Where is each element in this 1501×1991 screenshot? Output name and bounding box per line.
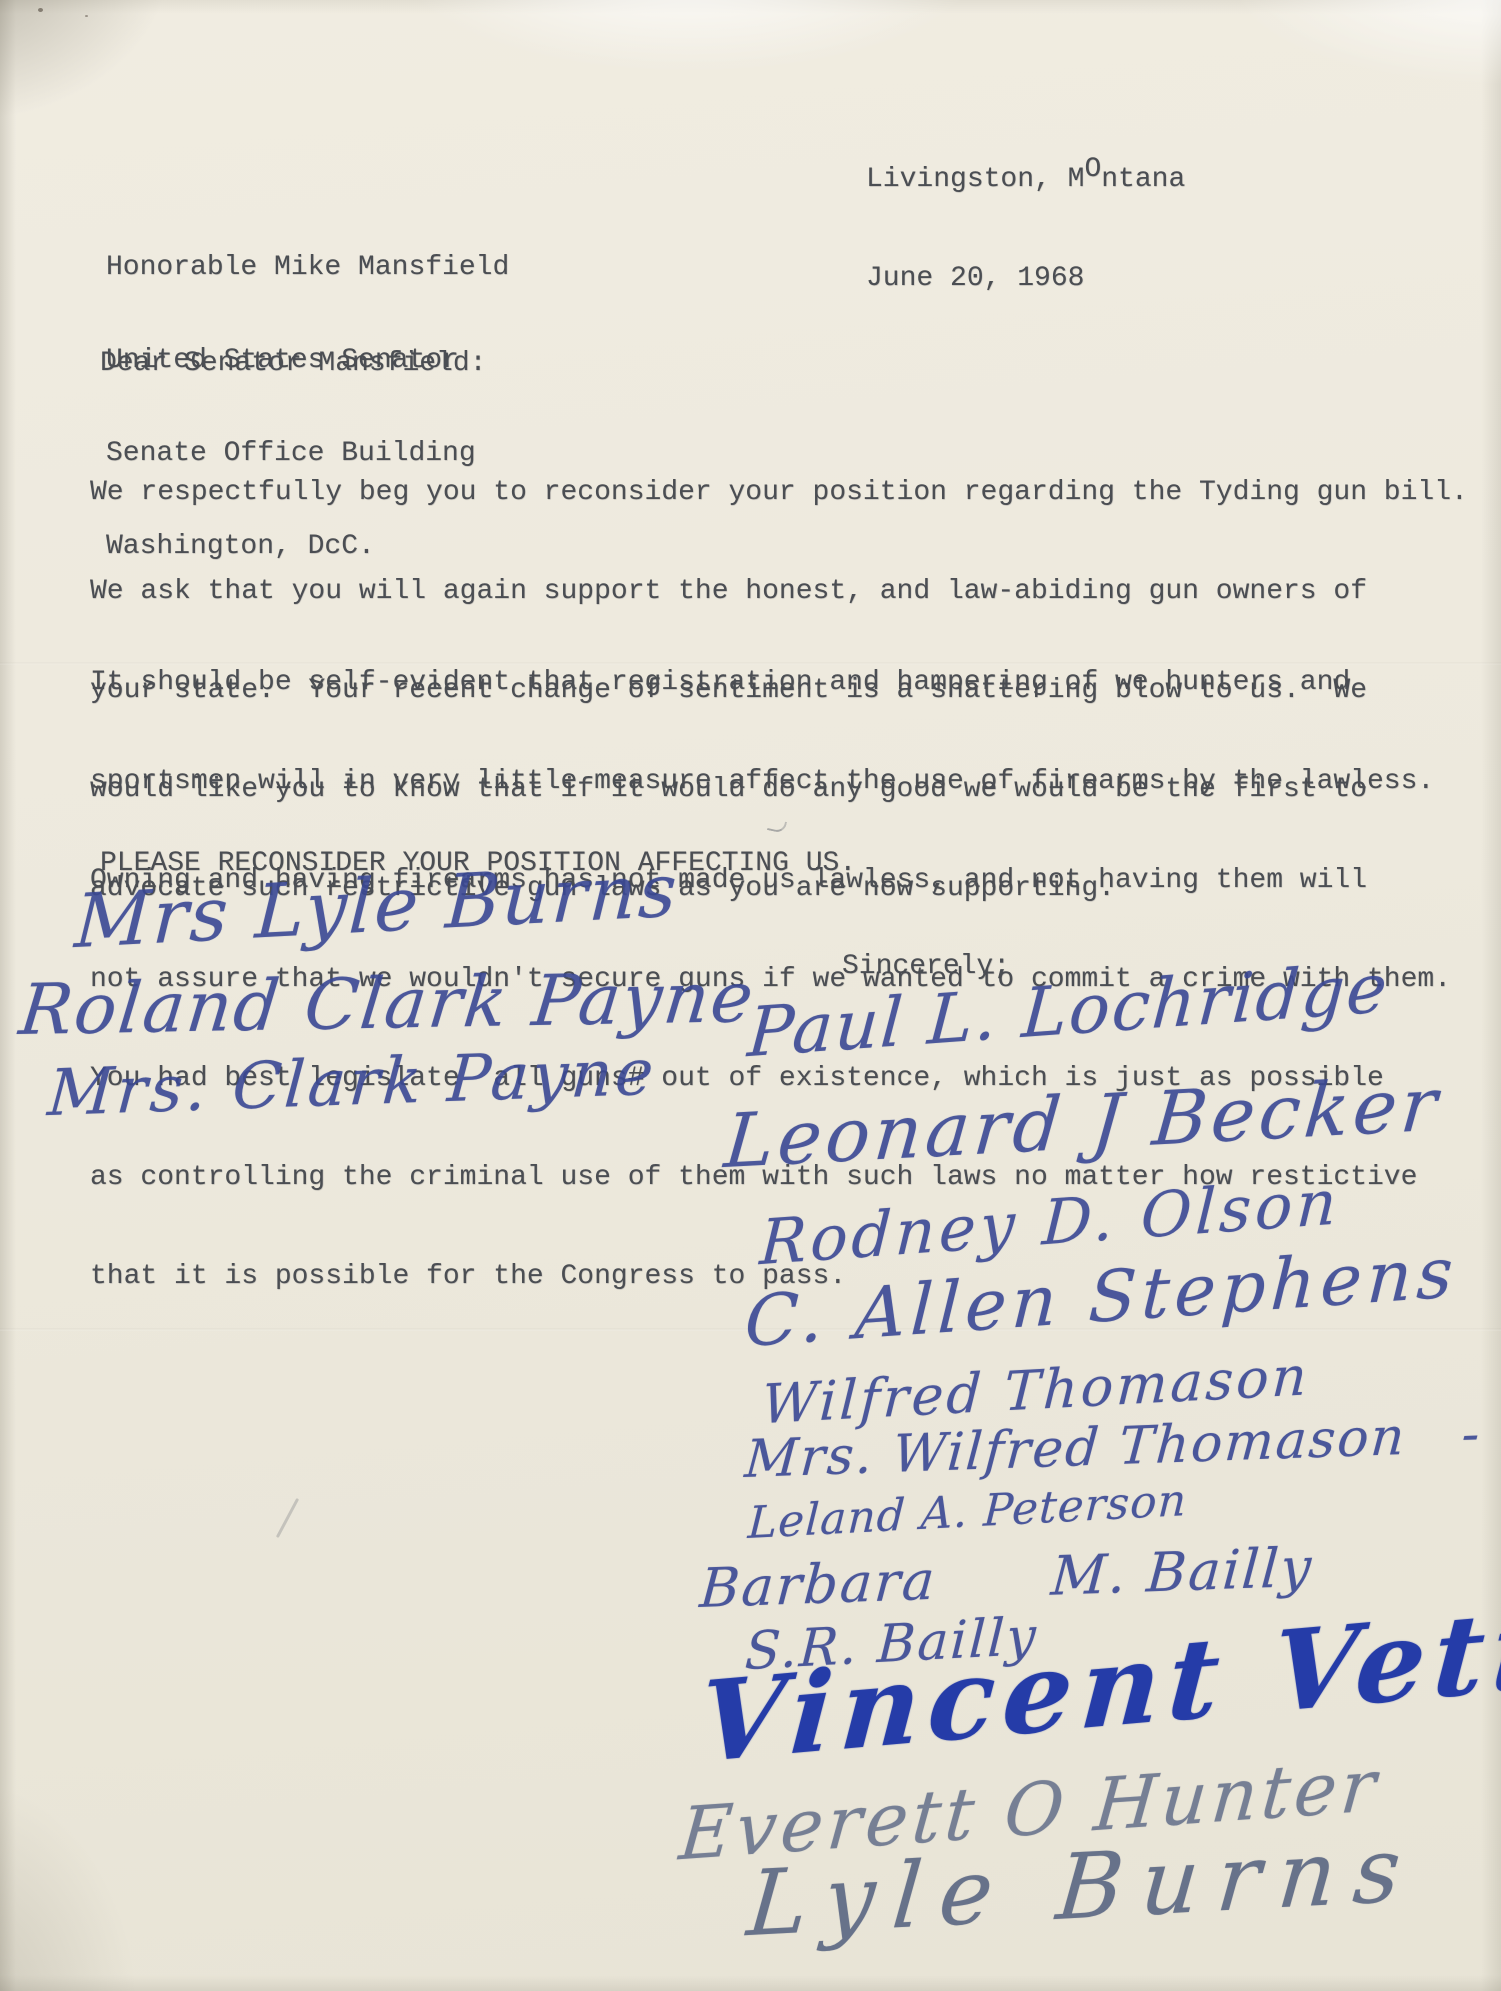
recipient-line: Honorable Mike Mansfield xyxy=(106,252,509,283)
paragraph-line: sportsmen will in very little measure af… xyxy=(90,765,1451,798)
dateline-block: Livingston, MOntana June 20, 1968 xyxy=(866,97,1185,361)
dateline-city: Livingston, MOntana xyxy=(866,163,1185,196)
signature-barbara-m-bailly: Barbara M. Bailly xyxy=(698,1541,1315,1617)
paragraph-line: It should be self-evident that registrat… xyxy=(90,666,1451,699)
paragraph-line: We respectfully beg you to reconsider yo… xyxy=(90,476,1468,509)
dateline-city-post: ntana xyxy=(1101,164,1185,195)
scanned-letter-page: Livingston, MOntana June 20, 1968 Honora… xyxy=(0,0,1501,1991)
dateline-city-superscript: O xyxy=(1084,153,1101,186)
salutation: Dear Senator Mansfield: xyxy=(100,347,486,380)
signature-roland-clark-payne: Roland Clark Payne xyxy=(16,962,758,1045)
dateline-city-pre: Livingston, M xyxy=(866,164,1084,195)
dateline-date: June 20, 1968 xyxy=(866,262,1185,295)
signature-leland-a-peterson: Leland A. Peterson xyxy=(747,1479,1188,1546)
ink-specks xyxy=(38,8,43,12)
pen-scratch-mark xyxy=(276,1498,299,1538)
